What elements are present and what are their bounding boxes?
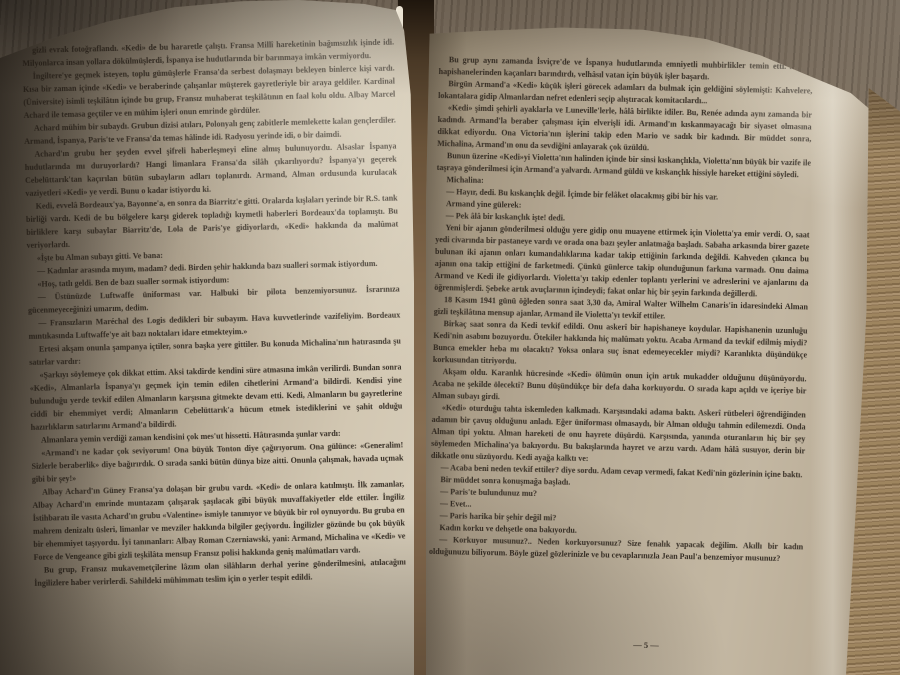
text-paragraph: Achard'ın grubu her şeyden evvel şifreli… bbox=[24, 140, 397, 200]
text-paragraph: İngiltere'ye geçmek isteyen, toplu gümüş… bbox=[23, 62, 396, 122]
text-paragraph: «Kedi» oturduğu tahta iskemleden kalkmad… bbox=[431, 402, 806, 469]
right-page: Bu grup aynı zamanda İsviçre'de ve İspan… bbox=[426, 0, 878, 675]
left-page-text: gizli evrak fotoğraflandı. «Kedi» de bu … bbox=[22, 36, 406, 590]
text-paragraph: «Şarkıyı söylemeye çok dikkat ettim. Aks… bbox=[29, 360, 402, 433]
right-page-text: Bu grup aynı zamanda İsviçre'de ve İspan… bbox=[429, 54, 813, 565]
open-book: gizli evrak fotoğraflandı. «Kedi» de bu … bbox=[0, 0, 900, 675]
text-paragraph: Birkaç saat sonra da Kedi tevkif edildi.… bbox=[433, 318, 808, 373]
text-paragraph: «Kedi» şimdi şehirli ayaklarla ve Lunevi… bbox=[437, 102, 812, 157]
left-page: gizli evrak fotoğraflandı. «Kedi» de bu … bbox=[0, 0, 414, 675]
text-paragraph: Albay Achard'ın Güney Fransa'ya dolaşan … bbox=[32, 477, 406, 563]
page-number: — 5 — bbox=[456, 636, 836, 654]
text-paragraph: Yeni bir ajanın gönderilmesi olduğu yere… bbox=[434, 222, 809, 301]
text-paragraph: Kedi, evvelâ Bordeaux'ya, Bayonne'a, en … bbox=[26, 192, 399, 252]
